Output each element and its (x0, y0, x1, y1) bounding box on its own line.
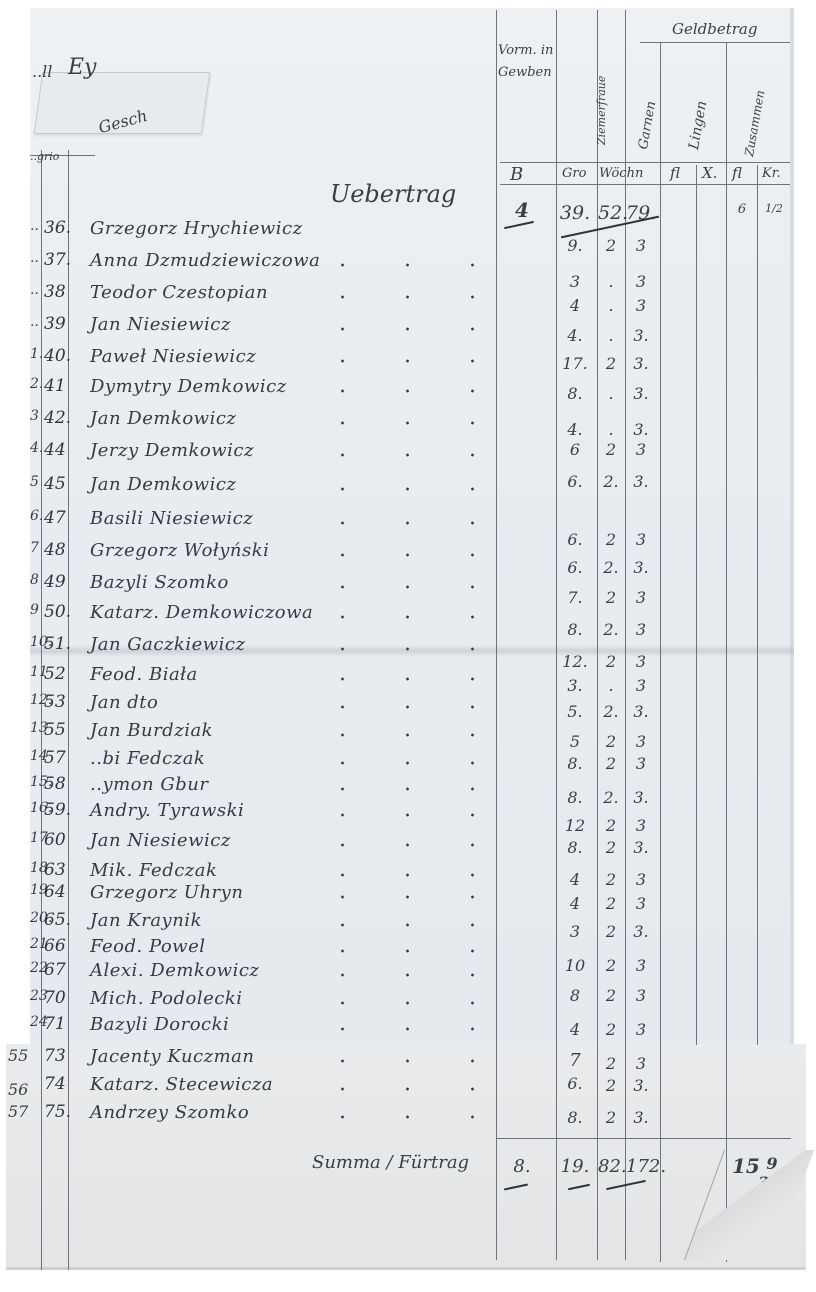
table-row: 6.47Basili Niesiewicz6.2.3. (0, 508, 816, 538)
person-name: Basili Niesiewicz (90, 508, 253, 529)
person-name: Grzegorz Uhryn (90, 882, 243, 903)
person-name: Andry. Tyrawski (90, 800, 244, 821)
header-col-a: Vorm. in Gewben (498, 40, 554, 84)
person-name: Bazyli Szomko (90, 572, 229, 593)
table-row: 1.40.Paweł Niesiewicz4..3. (0, 346, 816, 376)
carry-kr2: 1/2 (762, 202, 786, 215)
person-name: Mich. Podolecki (90, 988, 243, 1009)
person-name: Jan Niesiewicz (90, 314, 231, 335)
table-row: 545Jan Demkowicz623 (0, 474, 816, 504)
table-row: 16.59.Andry. Tyrawski8.2.3. (0, 800, 816, 830)
table-row: 10.51.Jan Gaczkiewicz8.2.3 (0, 634, 816, 664)
table-row: 12.53Jan dto3..3 (0, 692, 816, 722)
person-name: Jacenty Kuczman (90, 1046, 255, 1067)
person-name: Grzegorz Hrychiewicz (90, 218, 303, 239)
table-row: 5674Katarz. Stecewicza6.23. (0, 1074, 816, 1104)
table-row: 748Grzegorz Wołyński6.23 (0, 540, 816, 570)
rule-group-header (640, 42, 790, 43)
unit-gro: Gro (562, 166, 586, 181)
table-row: 1964Grzegorz Uhryn423 (0, 882, 816, 912)
total-a: 8. (502, 1156, 542, 1177)
table-row: 2267Alexi. Demkowicz1023 (0, 960, 816, 990)
rule-unit-top (500, 162, 790, 163)
table-row: 1760Jan Niesiewicz1223 (0, 830, 816, 860)
person-name: Jan dto (90, 692, 158, 713)
table-row: 2.41Dymytry Demkowicz17.23. (0, 376, 816, 406)
table-row: 849Bazyli Szomko6.2.3. (0, 572, 816, 602)
person-name: Jan Burdziak (90, 720, 213, 741)
table-row: 1355Jan Burdziak5.2.3. (0, 720, 816, 750)
unit-fl2: fl (732, 164, 742, 182)
person-name: Grzegorz Wołyński (90, 540, 269, 561)
person-name: Feod. Powel (90, 936, 206, 957)
person-name: Paweł Niesiewicz (90, 346, 256, 367)
table-row: 2471Bazyli Dorocki423 (0, 1014, 816, 1044)
carry-fl2: 6 (732, 202, 752, 217)
table-row: ..37.Anna Dzmudziewiczowa9.23 (0, 250, 816, 280)
person-name: Mik. Fedczak (90, 860, 217, 881)
unit-x1: X. (702, 164, 717, 182)
person-name: Teodor Czestopian (90, 282, 268, 303)
table-row: ..36.Grzegorz Hrychiewicz (0, 218, 816, 248)
section-label-uebertrag: Uebertrag (330, 180, 456, 208)
person-name: Dymytry Demkowicz (90, 376, 287, 397)
person-name: Jan Gaczkiewicz (90, 634, 245, 655)
table-row: 5775.Andrzey Szomko8.23. (0, 1102, 816, 1132)
table-row: 342.Jan Demkowicz8..3. (0, 408, 816, 438)
rule-unit-bottom (500, 184, 790, 185)
unit-b: B (510, 164, 523, 185)
person-name: Alexi. Demkowicz (90, 960, 259, 981)
total-gro: 19. (555, 1156, 595, 1177)
person-name: Jan Kraynik (90, 910, 202, 931)
person-name: Katarz. Stecewicza (90, 1074, 273, 1095)
person-name: ..bi Fedczak (90, 748, 205, 769)
person-name: Anna Dzmudziewiczowa (90, 250, 320, 271)
person-name: Andrzey Szomko (90, 1102, 249, 1123)
person-name: ..ymon Gbur (90, 774, 208, 795)
total-sum: 172. (626, 1156, 656, 1177)
fragment-text-1: ..ll (32, 62, 52, 81)
person-name: Bazyli Dorocki (90, 1014, 229, 1035)
table-row: 950.Katarz. Demkowiczowa7.23 (0, 602, 816, 632)
table-row: 4.44Jerzy Demkowicz4..3. (0, 440, 816, 470)
person-name: Feod. Biała (90, 664, 198, 685)
left-column-header: ..grio (30, 150, 59, 163)
table-row: 5573Jacenty Kuczman723 (0, 1046, 816, 1076)
table-row: ..38Teodor Czestopian3.3 (0, 282, 816, 312)
unit-kr: Kr. (762, 166, 781, 181)
section-label-summa: Summa / Fürtrag (312, 1152, 469, 1173)
total-wk: 82. (598, 1156, 624, 1177)
unit-wk: Wöchn (599, 166, 643, 181)
person-name: Jerzy Demkowicz (90, 440, 254, 461)
person-name: Jan Demkowicz (90, 408, 236, 429)
person-name: Katarz. Demkowiczowa (90, 602, 313, 623)
unit-fl1: fl (670, 164, 680, 182)
table-row: ..39Jan Niesiewicz4.3 (0, 314, 816, 344)
header-col-b: Ziemerfraue (595, 76, 608, 145)
header-group-label: Geldbetrag (672, 20, 757, 38)
person-name: Jan Demkowicz (90, 474, 236, 495)
rule-total (496, 1138, 791, 1139)
fragment-text-2: Ey (68, 55, 97, 80)
person-name: Jan Niesiewicz (90, 830, 231, 851)
table-row: 1152Feod. Biała12.23 (0, 664, 816, 694)
